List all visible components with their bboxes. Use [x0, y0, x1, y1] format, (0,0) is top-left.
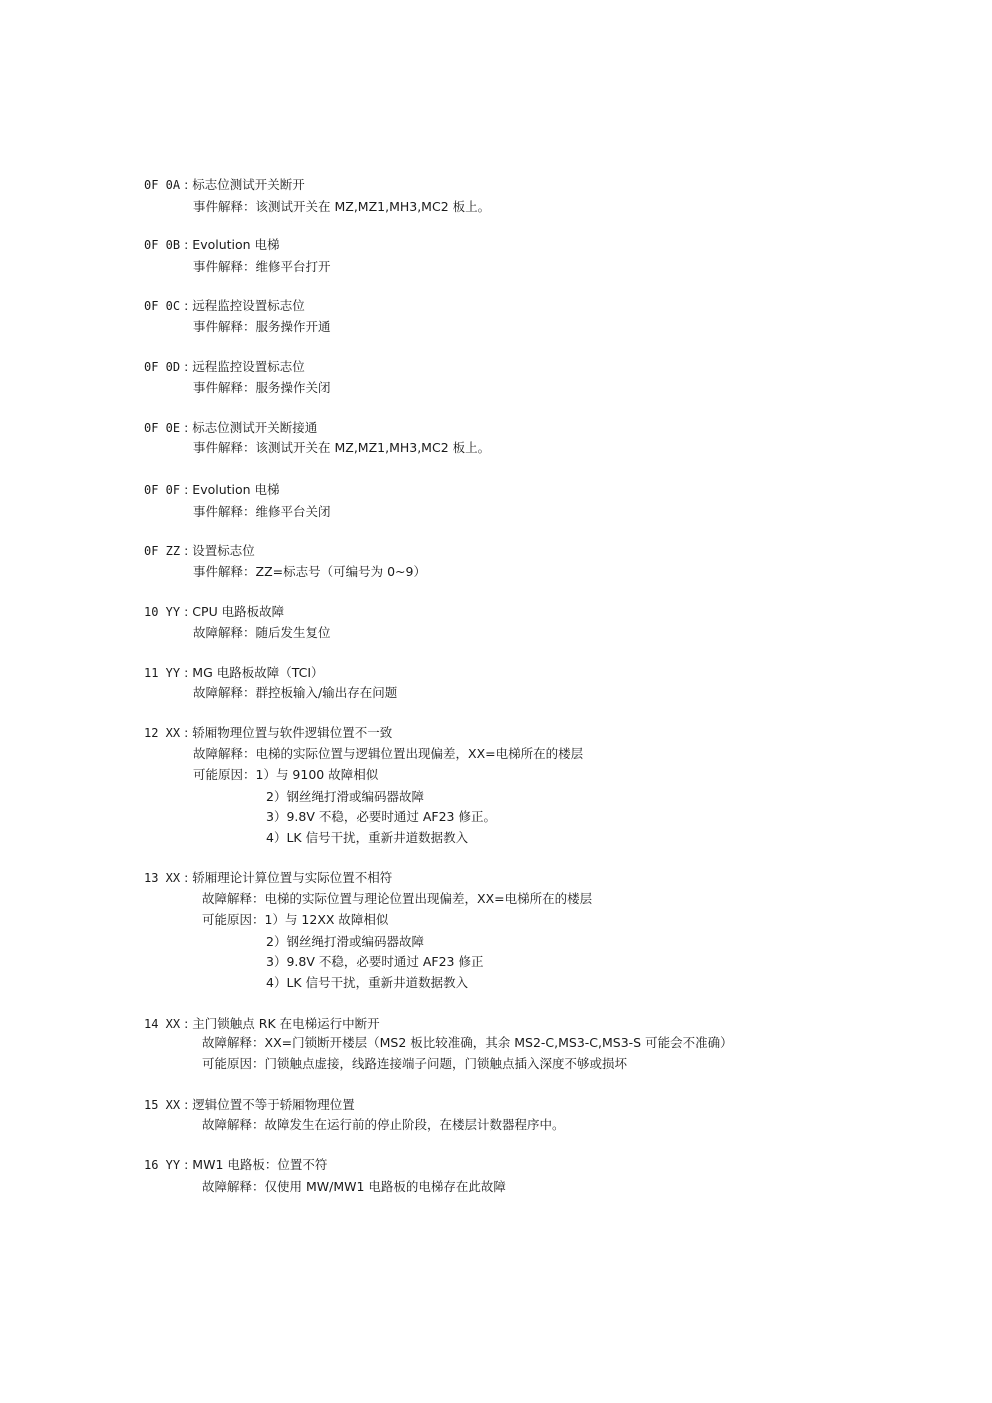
entry-code: 10 YY	[144, 605, 180, 619]
entry-explanation: 故障解释：故障发生在运行前的停止阶段，在楼层计数器程序中。	[202, 1117, 565, 1133]
entry-heading: 13 XX : 轿厢理论计算位置与实际位置不相符	[144, 870, 392, 886]
entry-title: 远程监控设置标志位	[192, 298, 305, 313]
entry-heading: 0F 0B : Evolution 电梯	[144, 237, 280, 253]
entry-title: 逻辑位置不等于轿厢物理位置	[192, 1097, 355, 1112]
entry-possible-causes: 可能原因：门锁触点虚接，线路连接端子问题，门锁触点插入深度不够或损坏	[202, 1056, 627, 1072]
entry-code: 0F 0D	[144, 360, 180, 374]
entry-heading: 0F ZZ : 设置标志位	[144, 543, 255, 559]
entry-title: CPU 电路板故障	[192, 604, 284, 619]
entry-explanation: 故障解释：群控板输入/输出存在问题	[193, 685, 397, 701]
entry-explanation: 事件解释：该测试开关在 MZ,MZ1,MH3,MC2 板上。	[193, 440, 490, 456]
entry-heading: 11 YY : MG 电路板故障（TCI）	[144, 665, 324, 681]
entry-code: 0F 0F	[144, 483, 180, 497]
entry-explanation: 故障解释：随后发生复位	[193, 625, 331, 641]
entry-heading: 0F 0F : Evolution 电梯	[144, 482, 280, 498]
entry-explanation: 事件解释：该测试开关在 MZ,MZ1,MH3,MC2 板上。	[193, 199, 490, 215]
entry-title: Evolution 电梯	[192, 237, 279, 252]
entry-cause-item: 3）9.8V 不稳，必要时通过 AF23 修正	[266, 954, 483, 970]
entry-title: 标志位测试开关断接通	[192, 420, 317, 435]
entry-cause-item: 2）钢丝绳打滑或编码器故障	[266, 789, 424, 805]
entry-title: 主门锁触点 RK 在电梯运行中断开	[192, 1016, 379, 1031]
entry-code: 15 XX	[144, 1098, 180, 1112]
entry-title: 标志位测试开关断开	[192, 177, 305, 192]
entry-code: 0F ZZ	[144, 544, 180, 558]
entry-possible-causes: 可能原因：1）与 12XX 故障相似	[202, 912, 388, 928]
entry-title: 设置标志位	[192, 543, 255, 558]
entry-code: 11 YY	[144, 666, 180, 680]
entry-explanation: 事件解释：维修平台关闭	[193, 504, 331, 520]
entry-explanation: 事件解释：ZZ=标志号（可编号为 0~9）	[193, 564, 426, 580]
entry-possible-causes: 可能原因：1）与 9100 故障相似	[193, 767, 378, 783]
entry-heading: 14 XX : 主门锁触点 RK 在电梯运行中断开	[144, 1016, 380, 1032]
entry-title: 轿厢理论计算位置与实际位置不相符	[192, 870, 392, 885]
entry-heading: 0F 0A : 标志位测试开关断开	[144, 177, 305, 193]
entry-cause-item: 2）钢丝绳打滑或编码器故障	[266, 934, 424, 950]
entry-title: Evolution 电梯	[192, 482, 279, 497]
entry-code: 0F 0E	[144, 421, 180, 435]
entry-title: MW1 电路板：位置不符	[192, 1157, 327, 1172]
entry-cause-item: 4）LK 信号干扰，重新井道数据教入	[266, 830, 468, 846]
entry-code: 0F 0C	[144, 299, 180, 313]
entry-code: 12 XX	[144, 726, 180, 740]
entry-title: 轿厢物理位置与软件逻辑位置不一致	[192, 725, 392, 740]
document-page: 0F 0A : 标志位测试开关断开 事件解释：该测试开关在 MZ,MZ1,MH3…	[0, 0, 992, 1403]
entry-heading: 16 YY : MW1 电路板：位置不符	[144, 1157, 327, 1173]
entry-title: MG 电路板故障（TCI）	[192, 665, 323, 680]
entry-explanation: 故障解释：XX=门锁断开楼层（MS2 板比较准确，其余 MS2-C,MS3-C,…	[202, 1035, 733, 1051]
entry-explanation: 故障解释：电梯的实际位置与逻辑位置出现偏差，XX=电梯所在的楼层	[193, 746, 583, 762]
entry-heading: 0F 0C : 远程监控设置标志位	[144, 298, 305, 314]
entry-cause-item: 4）LK 信号干扰，重新井道数据教入	[266, 975, 468, 991]
entry-heading: 10 YY : CPU 电路板故障	[144, 604, 284, 620]
entry-heading: 12 XX : 轿厢物理位置与软件逻辑位置不一致	[144, 725, 392, 741]
entry-explanation: 故障解释：仅使用 MW/MW1 电路板的电梯存在此故障	[202, 1179, 506, 1195]
entry-explanation: 事件解释：服务操作关闭	[193, 380, 331, 396]
entry-heading: 0F 0E : 标志位测试开关断接通	[144, 420, 317, 436]
entry-cause-item: 3）9.8V 不稳，必要时通过 AF23 修正。	[266, 809, 496, 825]
entry-code: 16 YY	[144, 1158, 180, 1172]
entry-explanation: 事件解释：维修平台打开	[193, 259, 331, 275]
entry-code: 0F 0A	[144, 178, 180, 192]
entry-heading: 0F 0D : 远程监控设置标志位	[144, 359, 305, 375]
entry-code: 14 XX	[144, 1017, 180, 1031]
entry-heading: 15 XX : 逻辑位置不等于轿厢物理位置	[144, 1097, 355, 1113]
entry-explanation: 故障解释：电梯的实际位置与理论位置出现偏差，XX=电梯所在的楼层	[202, 891, 592, 907]
entry-title: 远程监控设置标志位	[192, 359, 305, 374]
entry-code: 13 XX	[144, 871, 180, 885]
entry-explanation: 事件解释：服务操作开通	[193, 319, 331, 335]
entry-code: 0F 0B	[144, 238, 180, 252]
